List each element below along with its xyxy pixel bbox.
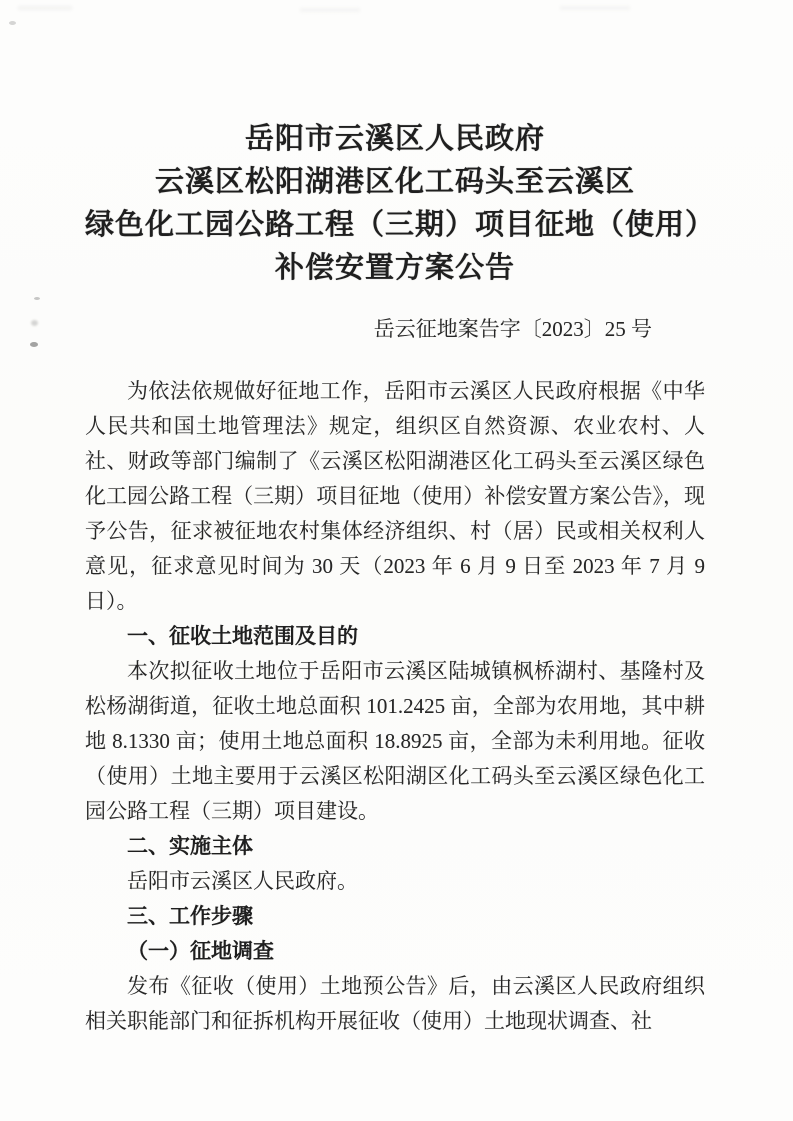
sub-section-heading: （一）征地调查 [85,934,705,969]
document-number: 岳云征地案告字〔2023〕25 号 [85,312,705,347]
body-paragraph: 本次拟征收土地位于岳阳市云溪区陆城镇枫桥湖村、基隆村及松杨湖街道，征收土地总面积… [85,654,705,829]
document-page: 岳阳市云溪区人民政府 云溪区松阳湖港区化工码头至云溪区 绿色化工园公路工程（三期… [0,0,793,1121]
document-title-line: 绿色化工园公路工程（三期）项目征地（使用） [85,204,705,247]
document-title-line: 补偿安置方案公告 [85,247,705,290]
section-heading: 三、工作步骤 [85,899,705,934]
document-title-line: 云溪区松阳湖港区化工码头至云溪区 [85,161,705,204]
body-paragraph: 发布《征收（使用）土地预公告》后，由云溪区人民政府组织相关职能部门和征拆机构开展… [85,969,705,1039]
section-heading: 二、实施主体 [85,829,705,864]
document-body: 为依法依规做好征地工作，岳阳市云溪区人民政府根据《中华人民共和国土地管理法》规定… [85,374,705,1039]
document-title-line: 岳阳市云溪区人民政府 [85,118,705,161]
body-paragraph: 岳阳市云溪区人民政府。 [85,864,705,899]
document-content: 岳阳市云溪区人民政府 云溪区松阳湖港区化工码头至云溪区 绿色化工园公路工程（三期… [0,0,793,1039]
body-paragraph: 为依法依规做好征地工作，岳阳市云溪区人民政府根据《中华人民共和国土地管理法》规定… [85,374,705,619]
document-title: 岳阳市云溪区人民政府 云溪区松阳湖港区化工码头至云溪区 绿色化工园公路工程（三期… [85,0,705,290]
section-heading: 一、征收土地范围及目的 [85,619,705,654]
